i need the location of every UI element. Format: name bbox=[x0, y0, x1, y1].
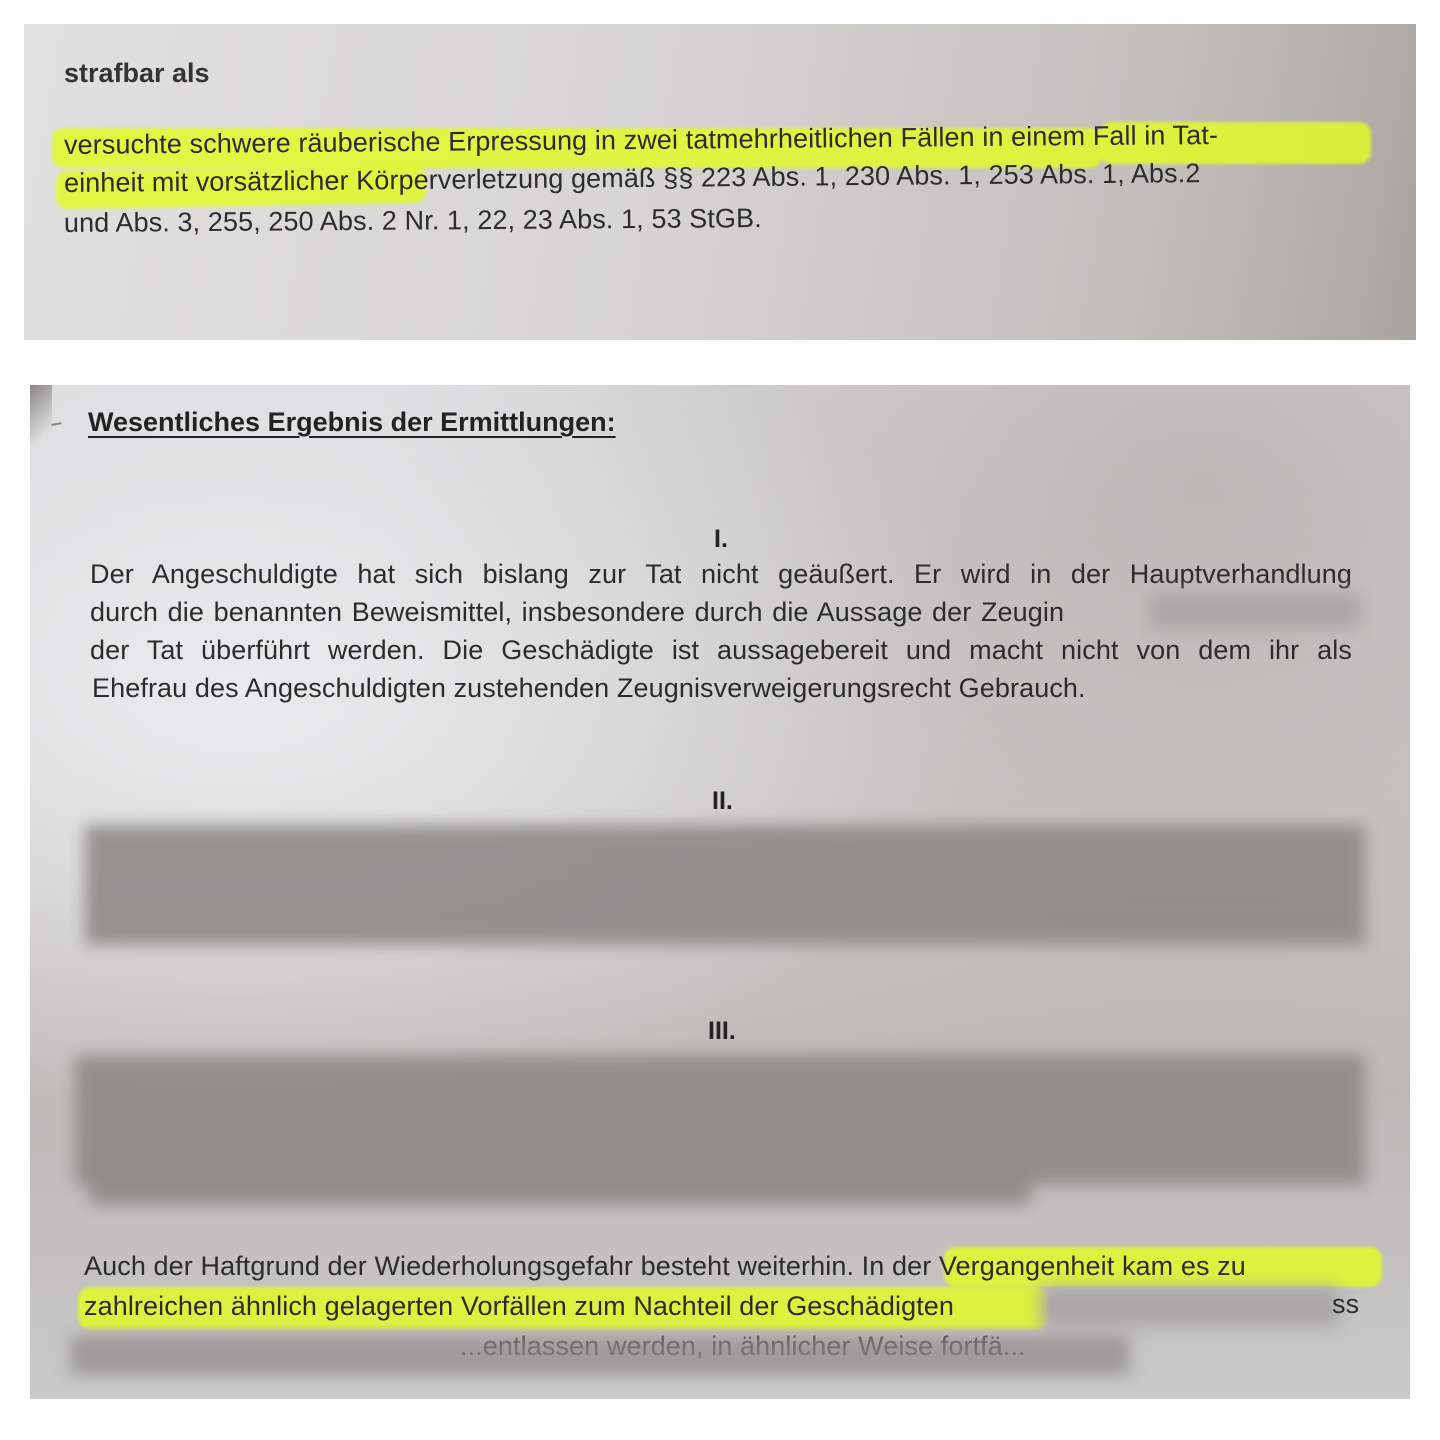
top-document-excerpt: strafbar als versuchte schwere räuberisc… bbox=[24, 24, 1416, 340]
bottom-document-excerpt: Wesentliches Ergebnis der Ermittlungen: … bbox=[30, 385, 1410, 1399]
closing-highlighted-text: In der Vergangenheit kam es zu bbox=[862, 1251, 1246, 1281]
text-line: durch die benannten Beweismittel, insbes… bbox=[90, 597, 1064, 628]
label-strafbar-als: strafbar als bbox=[64, 58, 210, 89]
text-line: und Abs. 3, 255, 250 Abs. 2 Nr. 1, 22, 2… bbox=[64, 203, 762, 239]
text-line: Auch der Haftgrund der Wiederholungsgefa… bbox=[84, 1251, 1246, 1282]
closing-plain-text: Auch der Haftgrund der Wiederholungsgefa… bbox=[84, 1251, 862, 1281]
text-line: Der Angeschuldigte hat sich bislang zur … bbox=[90, 559, 1352, 590]
section-numeral-1: I. bbox=[714, 525, 728, 554]
redacted-section-3-tail bbox=[90, 1165, 1030, 1205]
section-numeral-3: III. bbox=[708, 1017, 736, 1046]
text-line: der Tat überführt werden. Die Geschädigt… bbox=[90, 635, 1352, 666]
section-numeral-2: II. bbox=[712, 787, 733, 816]
redacted-victim-name bbox=[1040, 1287, 1340, 1327]
text-line: Ehefrau des Angeschuldigten zustehenden … bbox=[92, 673, 1086, 704]
redacted-section-2 bbox=[85, 825, 1365, 945]
redacted-witness-name bbox=[1150, 593, 1360, 629]
paper-fold-shadow bbox=[30, 385, 52, 445]
text-fragment: ss bbox=[1332, 1289, 1359, 1320]
section-heading: Wesentliches Ergebnis der Ermittlungen: bbox=[88, 407, 616, 438]
margin-mark bbox=[51, 422, 62, 432]
redacted-line-3 bbox=[70, 1335, 1130, 1375]
closing-highlighted-text: zahlreichen ähnlich gelagerten Vorfällen… bbox=[84, 1291, 954, 1322]
